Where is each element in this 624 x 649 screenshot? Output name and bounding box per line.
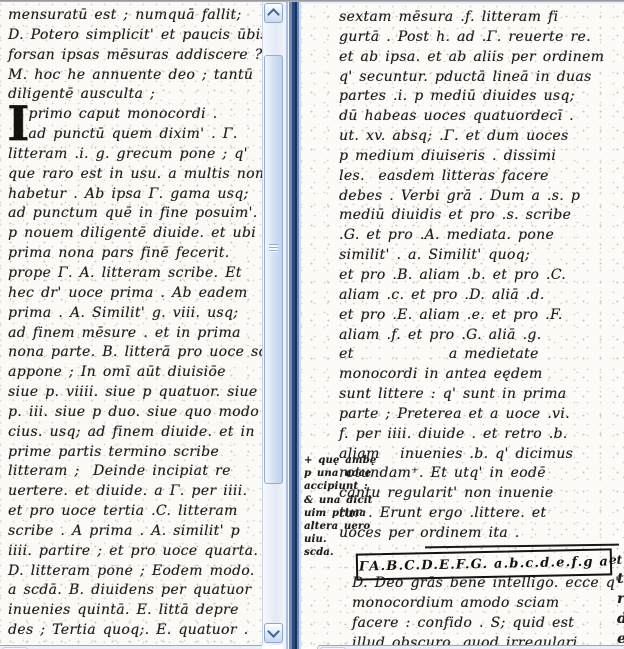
edge-cut-fragment: r [617,590,624,610]
left-vertical-scrollbar[interactable] [262,2,284,645]
scroll-down-button[interactable] [264,623,283,643]
manuscript-line: mediū diuidis et pro .s. scribe [339,206,623,226]
manuscript-line: facere : confido . S; quid est [352,614,624,634]
manuscript-line: et a medietate [339,345,623,365]
manuscript-line: les. easdem litteras facere [339,167,623,187]
edge-cut-fragment: d [617,610,624,630]
marginal-note-line: scda. [304,546,350,559]
manuscript-line: litteram .i. g. grecum pone ; q' [8,145,260,165]
filler-stroke [425,544,619,549]
manuscript-line: litteram ; Deinde incipiat re [8,462,260,482]
manuscript-line: cantu regularit' non inuenie [339,484,623,504]
gamut-letters: ΓA.B.C.D.E.F.G. a.b.c.d.e.f.g a [359,555,609,573]
manuscript-line: ut. xv. absq; .Γ. et dum uoces [339,127,623,147]
manuscript-line: prime partis termino scribe [8,443,260,463]
manuscript-line: .G. et pro .A. mediata. pone [339,226,623,246]
manuscript-line: ad punctū quem dixim' . Γ. [8,125,260,145]
manuscript-line: M. hoc he annuente deo ; tantū [8,66,260,86]
manuscript-line: p nouem diligentē diuide. et ubi [8,224,260,244]
marginal-note-line: accipiunt : [304,480,350,493]
manuscript-line: D. litteram pone ; Eodem modo. [8,562,260,582]
left-page-pane: I mensuratū est ; numquā fallit;D. Poter… [0,2,283,649]
manuscript-line: prima nona pars finē fecerit. [8,244,260,264]
manuscript-line: inuenies quintā. E. littā depre [8,601,260,621]
thumb-grip-icon [269,244,278,252]
manuscript-line: habetur . Ab ipsa Γ. gama usq; [8,185,260,205]
marginal-note-line: uim prima [304,507,350,520]
manuscript-line: monocordi in antea eędem [339,365,623,385]
manuscript-line: cius. usq; ad finem diuide. et in [8,423,260,443]
manuscript-line: sextam mēsura .f. litteram fi [339,8,623,28]
marginal-note-line: altera uero [304,520,350,533]
marginal-note-line: uiu. [304,533,350,546]
manuscript-line: gurtā . Post h. ad .Γ. reuerte re. [339,28,623,48]
after-box-mark: et [609,553,622,567]
manuscript-line: similit' . a. Similit' quoq; [339,246,623,266]
manuscript-line: iiii. partire ; et pro uoce quarta. [8,542,260,562]
manuscript-line: nona parte. B. litterā pro uoce scdā [8,343,260,363]
manuscript-line: tur . Erunt ergo .littere. et [339,504,623,524]
right-page-text-upper: sextam mēsura .f. litteram figurtā . Pos… [339,8,623,544]
manuscript-line: a scdā. B. diuidens per quatuor [8,581,260,601]
manuscript-line: primo caput monocordi . [8,105,260,125]
left-page-scan: I mensuratū est ; numquā fallit;D. Poter… [0,2,262,645]
manuscript-line: et pro .B. aliam .b. et pro .C. [339,266,623,286]
manuscript-line: q' secuntur. pductā lineā in duas [339,68,623,88]
marginal-note: + quę ambęp una uoceaccipiunt :& una dic… [304,454,350,560]
edge-cut-fragment: t [617,570,624,590]
manuscript-line: D. Deo grās bene intelligo. ecce q' [352,574,624,594]
scroll-up-button[interactable] [264,3,283,23]
window-top-border [0,0,624,2]
manuscript-line: et pro .E. aliam .e. et pro .F. [339,306,623,326]
manuscript-line: scribe . A prima . A. similit' p [8,522,260,542]
manuscript-line: D. Potero simplicit' et paucis ūbis [8,26,260,46]
manuscript-line: monocordium amodo sciam [352,594,624,614]
manuscript-viewer: I mensuratū est ; numquā fallit;D. Poter… [0,0,624,649]
marginal-note-line: p una uoce [304,467,350,480]
manuscript-line: dū habeas uoces quatuordecī . [339,107,623,127]
manuscript-line: diligentē ausculta ; [8,85,260,105]
manuscript-line: partes .i. p mediū diuides usq; [339,87,623,107]
manuscript-line: ad punctum quē in fine posuim'. [8,204,260,224]
pane-divider [283,0,301,649]
manuscript-line: mensuratū est ; numquā fallit; [8,6,260,26]
manuscript-line: et ab ipsa. et ab aliis per ordinem [339,48,623,68]
manuscript-line: des ; Tertia quoq;. E. quatuor . [8,621,260,641]
marginal-note-line: & una dicit [304,494,350,507]
manuscript-line: prima . A. Similit' g. viii. usq; [8,304,260,324]
manuscript-line: aliam inuenies .b. q' dicimus [339,445,623,465]
manuscript-line: sunt littere : q' sunt in prima [339,385,623,405]
manuscript-line: que raro est in usu. a multis non [8,165,260,185]
right-page-pane: sextam mēsura .f. litteram figurtā . Pos… [301,2,624,649]
manuscript-line: uoces per ordinem ita . [339,524,623,544]
manuscript-line: et pro uoce tertia .C. litteram [8,502,260,522]
manuscript-line: aliam .f. et pro .G. aliā .g. [339,326,623,346]
right-page-text-lower: D. Deo grās bene intelligo. ecce q'monoc… [352,574,624,647]
left-page-text: mensuratū est ; numquā fallit;D. Potero … [8,6,260,641]
chevron-down-icon [267,625,280,638]
marginal-note-line: + quę ambę [304,454,350,467]
manuscript-line: hec dr' uoce prima . Ab eadem [8,284,260,304]
edge-cut-text: trde [617,570,624,647]
manuscript-line: prope Γ. A. litteram scribe. Et [8,264,260,284]
manuscript-line: uertere. et diuide. a Γ. per iiii. [8,482,260,502]
manuscript-line: debes . Verbi grā . Dum a .s. p [339,187,623,207]
manuscript-line: siue p. viiii. siue p quatuor. siue [8,383,260,403]
manuscript-line: p medium diuiseris . dissimi [339,147,623,167]
left-horizontal-scrollbar[interactable] [0,645,262,649]
right-horizontal-scrollbar[interactable] [317,645,624,649]
manuscript-line: p. iii. siue p duo. siue quo modo se [8,403,260,423]
manuscript-line: rotundam⁺. Et utq' in eodē [339,464,623,484]
scrollbar-thumb[interactable] [264,55,283,484]
manuscript-line: forsan ipsas mēsuras addiscere ? [8,46,260,66]
manuscript-line: appone ; In omī aūt diuisiōe [8,363,260,383]
manuscript-line: f. per iiii. diuide . et retro .b. [339,425,623,445]
manuscript-line: ad finem mēsure . et in prima [8,324,260,344]
manuscript-line: parte ; Preterea et a uoce .vi. [339,405,623,425]
chevron-up-icon [267,8,280,21]
right-page-scan: sextam mēsura .f. litteram figurtā . Pos… [301,2,624,647]
manuscript-line: aliam .c. et pro .D. aliā .d. [339,286,623,306]
